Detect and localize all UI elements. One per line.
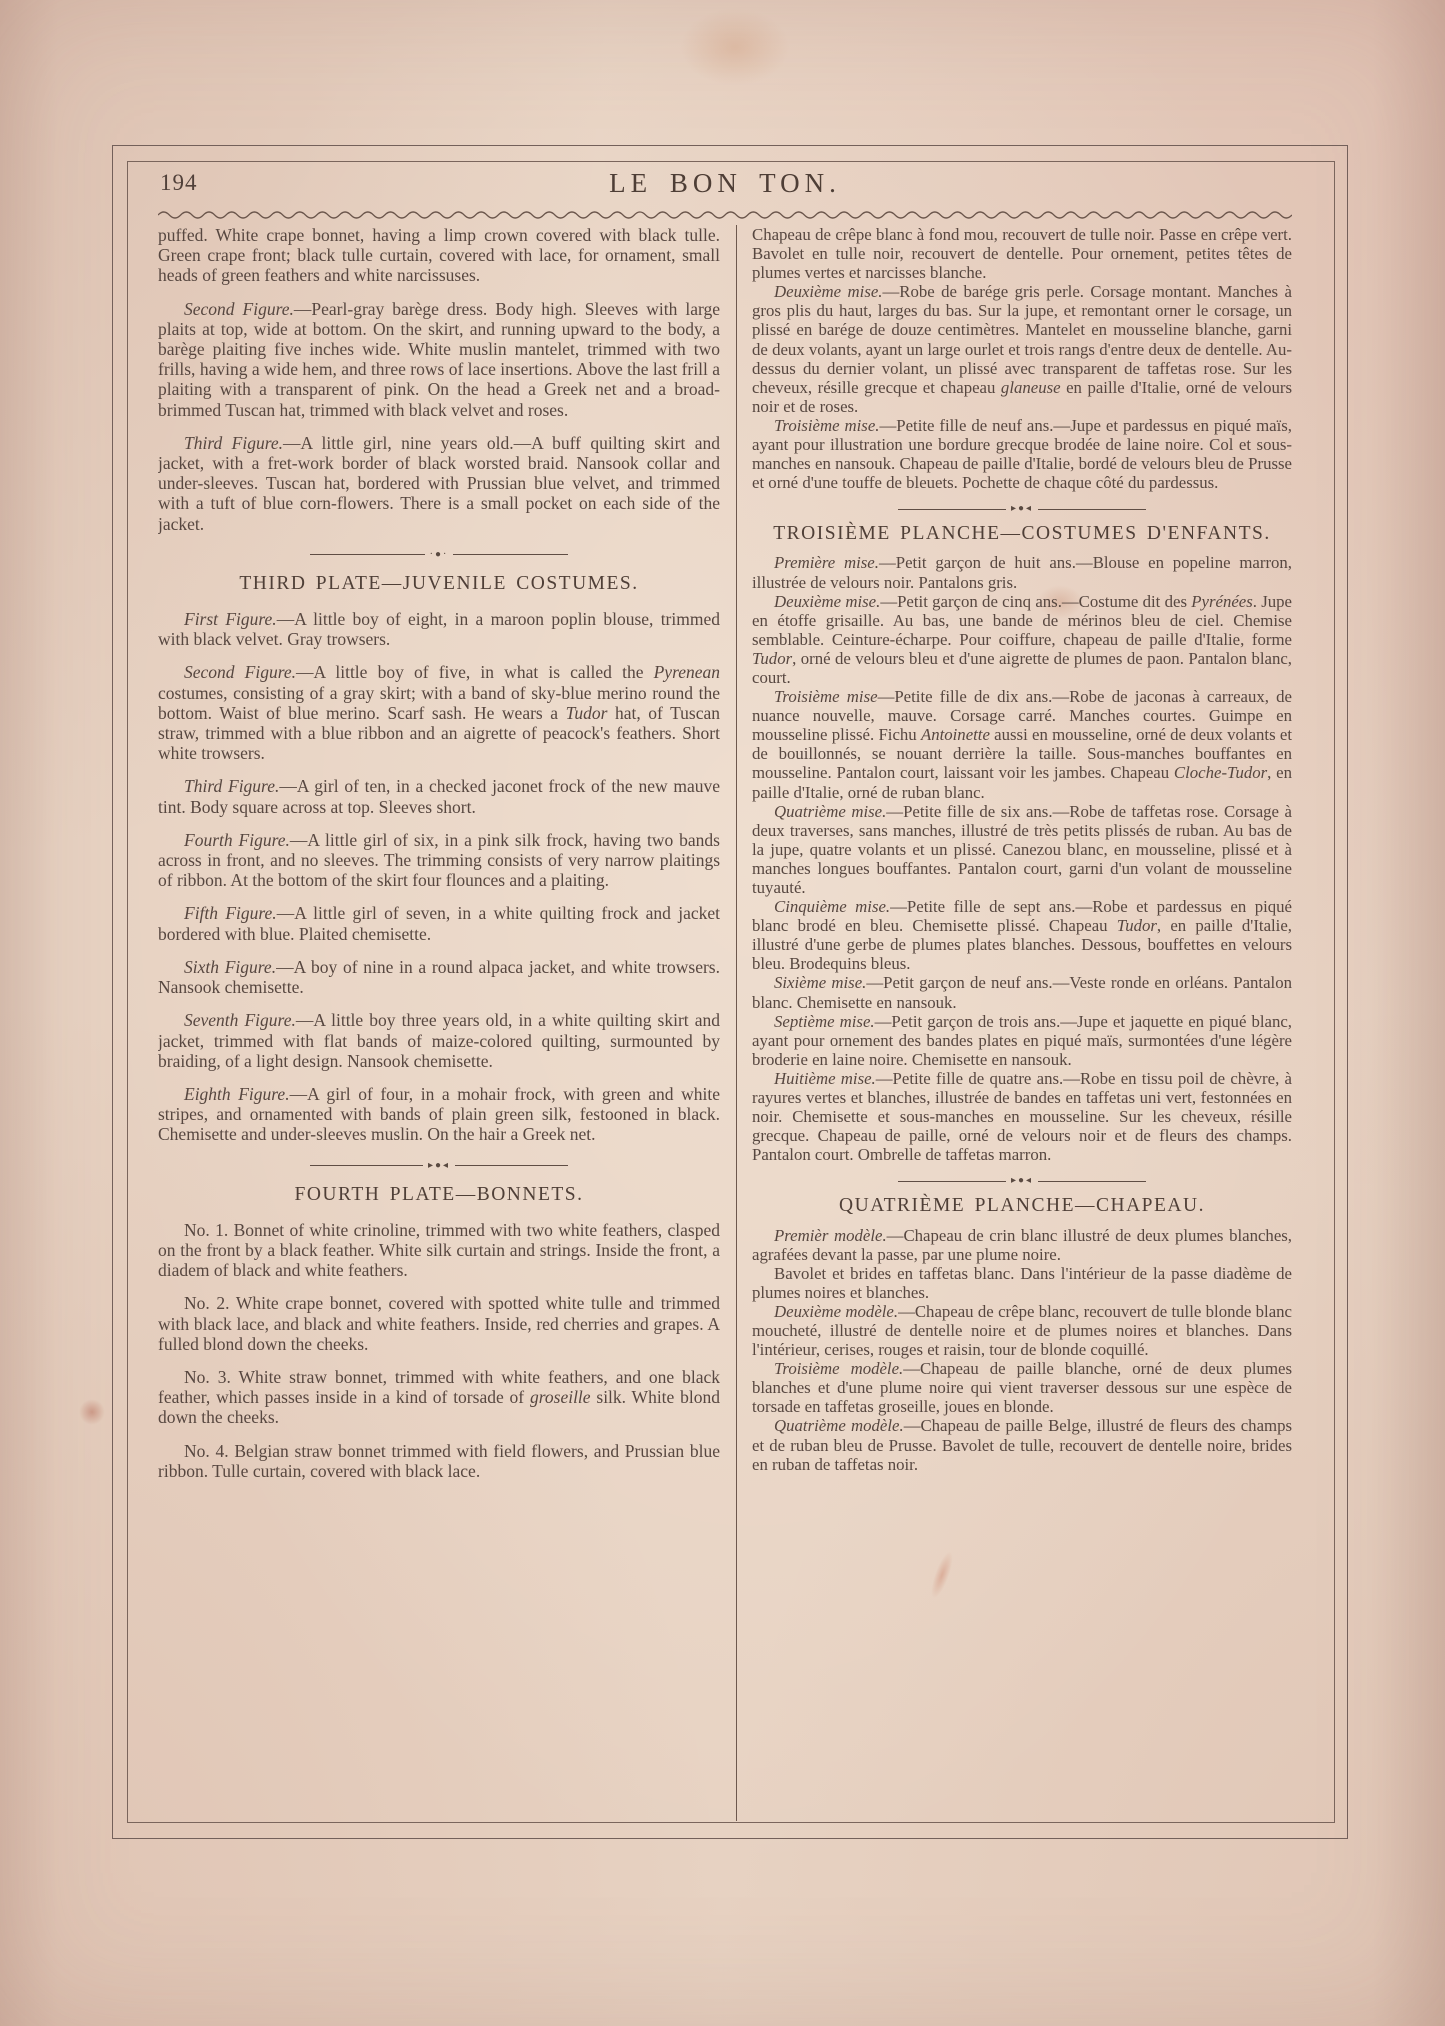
paragraph: Huitième mise.—Petite fille de quatre an… bbox=[752, 1069, 1292, 1164]
paragraph: Quatrième mise.—Petite fille de six ans.… bbox=[752, 802, 1292, 897]
paragraph: Première mise.—Petit garçon de huit ans.… bbox=[752, 553, 1292, 591]
paragraph: Third Figure.—A little girl, nine years … bbox=[158, 433, 720, 534]
wavy-rule bbox=[158, 210, 1292, 219]
paragraph: puffed. White crape bonnet, having a lim… bbox=[158, 225, 720, 286]
column-french: Chapeau de crêpe blanc à fond mou, recou… bbox=[752, 225, 1292, 1821]
paragraph: Second Figure.—Pearl-gray barège dress. … bbox=[158, 299, 720, 420]
paragraph: Bavolet et brides en taffetas blanc. Dan… bbox=[752, 1264, 1292, 1302]
text-columns: puffed. White crape bonnet, having a lim… bbox=[158, 225, 1292, 1821]
paragraph: Quatrième modèle.—Chapeau de paille Belg… bbox=[752, 1416, 1292, 1473]
section-heading: TROISIÈME PLANCHE—COSTUMES D'ENFANTS. bbox=[752, 524, 1292, 543]
column-divider-rule bbox=[736, 225, 737, 1821]
paragraph: Seventh Figure.—A little boy three years… bbox=[158, 1010, 720, 1071]
paragraph: Troisième mise.—Petite fille de neuf ans… bbox=[752, 416, 1292, 492]
paragraph: Fifth Figure.—A little girl of seven, in… bbox=[158, 903, 720, 943]
paragraph: Sixth Figure.—A boy of nine in a round a… bbox=[158, 957, 720, 997]
paragraph: Cinquième mise.—Petite fille de sept ans… bbox=[752, 897, 1292, 973]
page-content: 194 LE BON TON. puffed. White crape bonn… bbox=[158, 168, 1292, 1816]
page-header: 194 LE BON TON. bbox=[158, 168, 1292, 208]
paragraph: Deuxième mise.—Robe de barége gris perle… bbox=[752, 282, 1292, 416]
page-title: LE BON TON. bbox=[158, 168, 1292, 199]
paragraph: Premièr modèle.—Chapeau de crin blanc il… bbox=[752, 1226, 1292, 1264]
section-heading: THIRD PLATE—JUVENILE COSTUMES. bbox=[158, 574, 720, 594]
paragraph: Deuxième mise.—Petit garçon de cinq ans.… bbox=[752, 592, 1292, 687]
paragraph: Deuxième modèle.—Chapeau de crêpe blanc,… bbox=[752, 1302, 1292, 1359]
column-english: puffed. White crape bonnet, having a lim… bbox=[158, 225, 720, 1821]
section-divider: ·●· bbox=[310, 550, 569, 560]
paragraph: Sixième mise.—Petit garçon de neuf ans.—… bbox=[752, 973, 1292, 1011]
paragraph: Chapeau de crêpe blanc à fond mou, recou… bbox=[752, 225, 1292, 282]
scanned-magazine-page: { "page": { "number": "194", "title": "L… bbox=[0, 0, 1445, 2026]
section-heading: QUATRIÈME PLANCHE—CHAPEAU. bbox=[752, 1196, 1292, 1215]
paragraph: No. 1. Bonnet of white crinoline, trimme… bbox=[158, 1220, 720, 1281]
section-heading: FOURTH PLATE—BONNETS. bbox=[158, 1185, 720, 1205]
paragraph: Eighth Figure.—A girl of four, in a moha… bbox=[158, 1084, 720, 1145]
paper-stain bbox=[78, 1398, 106, 1426]
paragraph: Second Figure.—A little boy of five, in … bbox=[158, 662, 720, 763]
paragraph: Troisième modèle.—Chapeau de paille blan… bbox=[752, 1359, 1292, 1416]
paragraph: Third Figure.—A girl of ten, in a checke… bbox=[158, 776, 720, 816]
section-divider: ▸●◂ bbox=[898, 504, 1146, 514]
paragraph: No. 4. Belgian straw bonnet trimmed with… bbox=[158, 1441, 720, 1481]
paragraph: No. 2. White crape bonnet, covered with … bbox=[158, 1293, 720, 1354]
paragraph: Fourth Figure.—A little girl of six, in … bbox=[158, 830, 720, 891]
section-divider: ▸●◂ bbox=[898, 1176, 1146, 1186]
paragraph: First Figure.—A little boy of eight, in … bbox=[158, 609, 720, 649]
paper-stain bbox=[680, 8, 790, 86]
paragraph: Septième mise.—Petit garçon de trois ans… bbox=[752, 1012, 1292, 1069]
section-divider: ▸●◂ bbox=[310, 1161, 569, 1171]
paragraph: Troisième mise—Petite fille de dix ans.—… bbox=[752, 687, 1292, 802]
paragraph: No. 3. White straw bonnet, trimmed with … bbox=[158, 1367, 720, 1428]
